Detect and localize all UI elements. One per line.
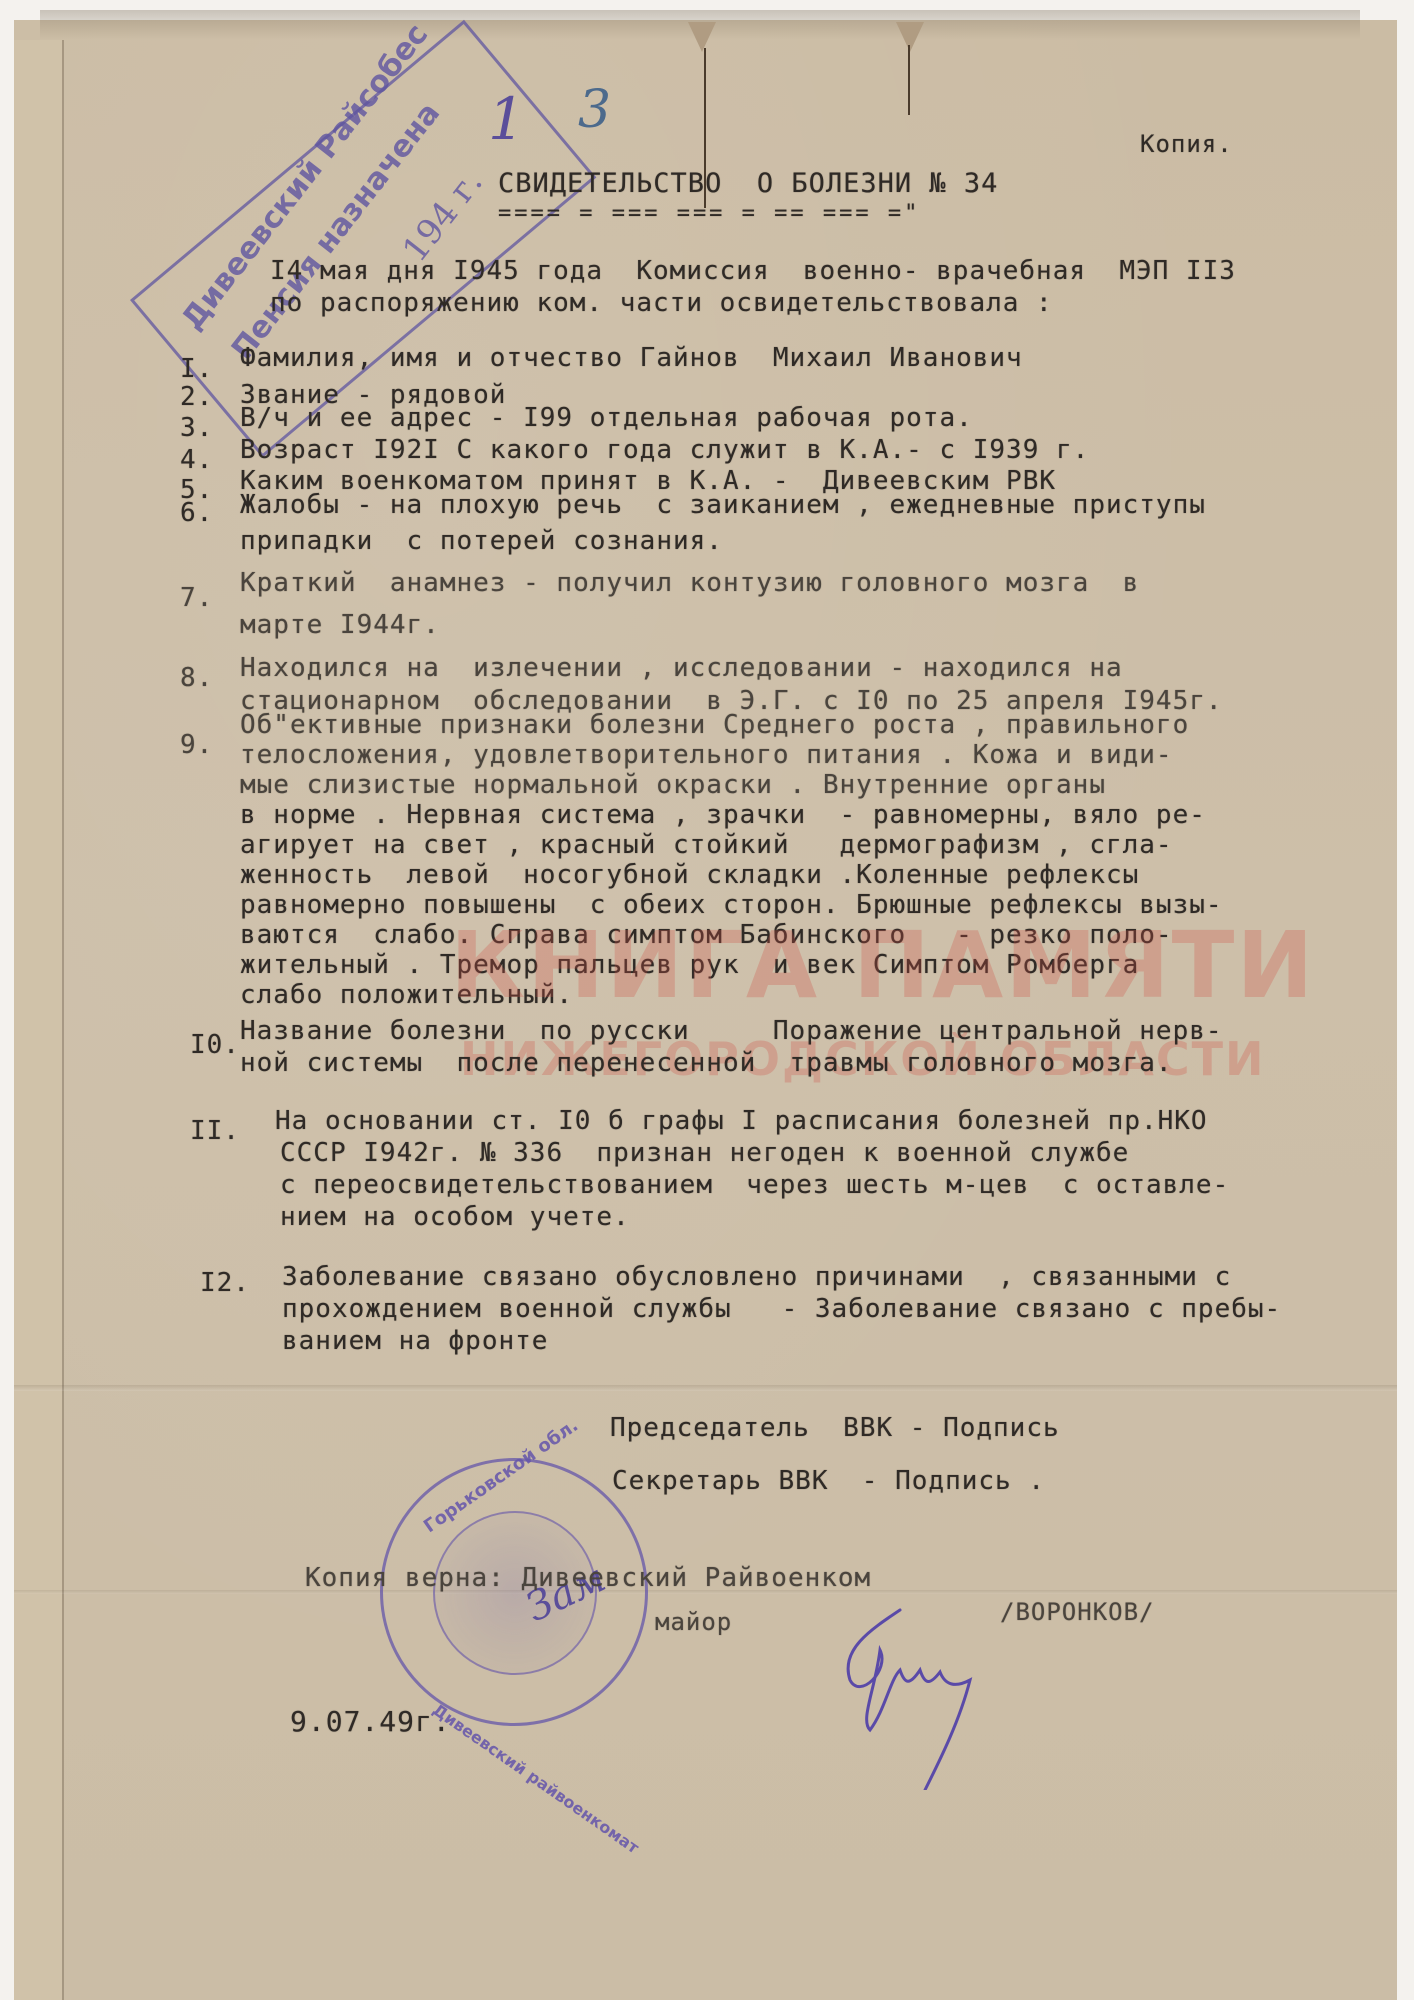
document-title: СВИДЕТЕЛЬСТВО О БОЛЕЗНИ № 34	[498, 170, 998, 197]
item-6-number: 6.	[180, 500, 213, 526]
item-9-number: 9.	[180, 732, 213, 758]
secretary-signature-line: Секретарь ВВК - Подпись .	[612, 1468, 1045, 1494]
item-12-text-line-3: ванием на фронте	[282, 1328, 548, 1354]
item-3-number: 3.	[180, 415, 213, 441]
copy-certified-line: Копия верна: Дивеевский Райвоенком	[305, 1565, 871, 1591]
item-10-number: I0.	[190, 1032, 240, 1058]
item-9-text-line-6: женность левой носогубной складки .Колен…	[240, 862, 1139, 888]
item-10-text-line-1: Название болезни по русски Поражение цен…	[240, 1018, 1223, 1044]
item-1-text: Фамилия, имя и отчество Гайнов Михаил Ив…	[240, 345, 1023, 371]
paper-left-fold-strip	[14, 40, 62, 2000]
copy-label: Копия.	[1140, 132, 1233, 156]
item-9-text-line-1: Об"ективные признаки болезни Среднего ро…	[240, 712, 1189, 738]
item-4-text: Возраст I92I С какого года служит в К.А.…	[240, 437, 1089, 463]
item-7-text-line-2: марте I944г.	[240, 612, 440, 638]
item-9-text-line-3: мые слизистые нормальной окраски . Внутр…	[240, 772, 1106, 798]
item-11-number: II.	[190, 1118, 240, 1144]
item-3-text: В/ч и ее адрес - I99 отдельная рабочая р…	[240, 405, 973, 431]
item-9-text-line-4: в норме . Нервная система , зрачки - рав…	[240, 802, 1206, 828]
title-underline: ==== = === === = == === ="	[498, 203, 920, 225]
item-12-text-line-1: Заболевание связано обусловлено причинам…	[282, 1264, 1231, 1290]
top-edge-notch	[688, 22, 716, 52]
item-4-number: 4.	[180, 447, 213, 473]
item-9-text-line-5: агирует на свет , красный стойкий дермог…	[240, 832, 1173, 858]
horizontal-fold-line	[14, 1385, 1397, 1391]
item-6-text-line-1: Жалобы - на плохую речь с заиканием , еж…	[240, 492, 1206, 518]
item-8-text-line-1: Находился на излечении , исследовании - …	[240, 655, 1123, 681]
item-12-text-line-2: прохождением военной службы - Заболевани…	[282, 1296, 1281, 1322]
handwritten-signature	[830, 1590, 1010, 1790]
handwritten-number-3: 3	[578, 80, 611, 140]
item-2-number: 2.	[180, 384, 213, 410]
item-7-text-line-1: Краткий анамнез - получил контузию голов…	[240, 570, 1139, 596]
item-9-text-line-2: телосложения, удовлетворительного питани…	[240, 742, 1173, 768]
watermark-book-of-memory: КНИГА ПАМЯТИ	[450, 912, 1315, 1019]
item-10-text-line-2: ной системы после перенесенной травмы го…	[240, 1050, 1173, 1076]
vertical-fold-line	[62, 40, 64, 2000]
paper-tear-right	[908, 45, 910, 115]
top-edge-notch-right	[896, 22, 924, 52]
intro-line-2: по распоряжению ком. части освидетельств…	[270, 290, 1053, 316]
item-8-number: 8.	[180, 665, 213, 691]
certification-date: 9.07.49г.	[290, 1708, 451, 1736]
item-1-number: I.	[180, 356, 213, 382]
officer-rank: майор	[655, 1610, 732, 1634]
item-12-number: I2.	[200, 1270, 250, 1296]
item-11-text-line-2: СССР I942г. № 336 признан негоден к воен…	[280, 1140, 1129, 1166]
item-11-text-line-4: нием на особом учете.	[280, 1204, 630, 1230]
item-11-text-line-1: На основании ст. I0 б графы I расписания…	[275, 1108, 1208, 1134]
item-7-number: 7.	[180, 585, 213, 611]
intro-line-1: I4 мая дня I945 года Комиссия военно- вр…	[270, 258, 1236, 284]
item-11-text-line-3: с переосвидетельствованием через шесть м…	[280, 1172, 1229, 1198]
item-6-text-line-2: припадки с потерей сознания.	[240, 528, 723, 554]
officer-name: /ВОРОНКОВ/	[1000, 1600, 1155, 1624]
chairman-signature-line: Председатель ВВК - Подпись	[610, 1415, 1060, 1441]
